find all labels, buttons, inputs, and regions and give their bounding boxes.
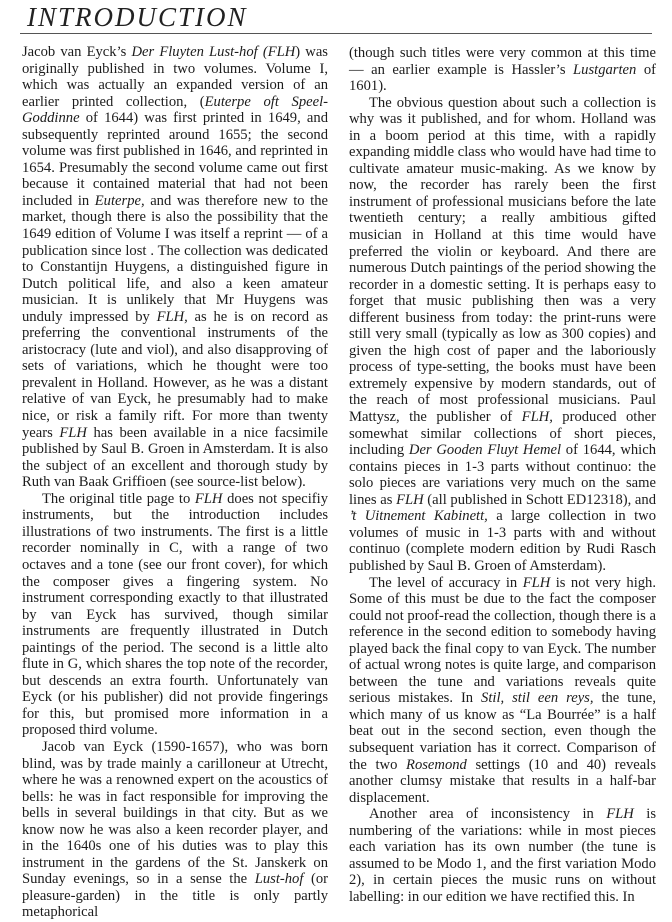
page-title: INTRODUCTION	[27, 0, 248, 34]
paragraph: Another area of inconsistency in FLH is …	[349, 806, 656, 905]
italic-text: FLH	[523, 575, 551, 591]
paragraph: The original title page to FLH does not …	[22, 491, 328, 739]
title-divider	[20, 33, 652, 34]
text-run: (all published in Schott ED12318), and	[424, 492, 656, 508]
paragraph: Jacob van Eyck’s Der Fluyten Lust-hof (F…	[22, 44, 328, 491]
italic-text: Euterpe,	[95, 193, 145, 209]
italic-text: FLH,	[522, 409, 553, 425]
right-column: (though such titles were very common at …	[349, 45, 656, 905]
italic-text: Der Gooden Fluyt Hemel	[409, 442, 561, 458]
text-run: The original title page to	[42, 491, 195, 507]
italic-text: FLH	[396, 492, 424, 508]
text-run: does not specifiy instruments, but the i…	[22, 491, 328, 739]
text-run: The level of accuracy in	[369, 575, 523, 591]
text-run: is not very high. Some of this must be d…	[349, 575, 656, 707]
italic-text: FLH	[606, 806, 634, 822]
left-column: Jacob van Eyck’s Der Fluyten Lust-hof (F…	[22, 44, 328, 921]
italic-text: Der Fluyten Lust-hof (FLH	[131, 44, 295, 60]
paragraph: The obvious question about such a collec…	[349, 95, 656, 575]
text-run: Jacob van Eyck’s	[22, 44, 131, 60]
italic-text: Lust-hof	[255, 871, 304, 887]
text-run: Another area of inconsistency in	[369, 806, 606, 822]
text-run: Jacob van Eyck (1590-1657), who was born…	[22, 739, 328, 887]
text-run: and was therefore new to the market, tho…	[22, 193, 328, 325]
italic-text: ’t Uitnement Kabinett,	[349, 508, 488, 524]
paragraph: Jacob van Eyck (1590-1657), who was born…	[22, 739, 328, 921]
text-run: The obvious question about such a collec…	[349, 95, 656, 425]
text-run: as he is on record as preferring the con…	[22, 309, 328, 441]
paragraph: (though such titles were very common at …	[349, 45, 656, 95]
italic-text: FLH,	[157, 309, 188, 325]
italic-text: FLH	[59, 425, 87, 441]
italic-text: Lustgarten	[573, 62, 636, 78]
italic-text: FLH	[195, 491, 223, 507]
italic-text: Rosemond	[406, 757, 467, 773]
italic-text: Stil, stil een reys,	[481, 690, 593, 706]
paragraph: The level of accuracy in FLH is not very…	[349, 575, 656, 807]
